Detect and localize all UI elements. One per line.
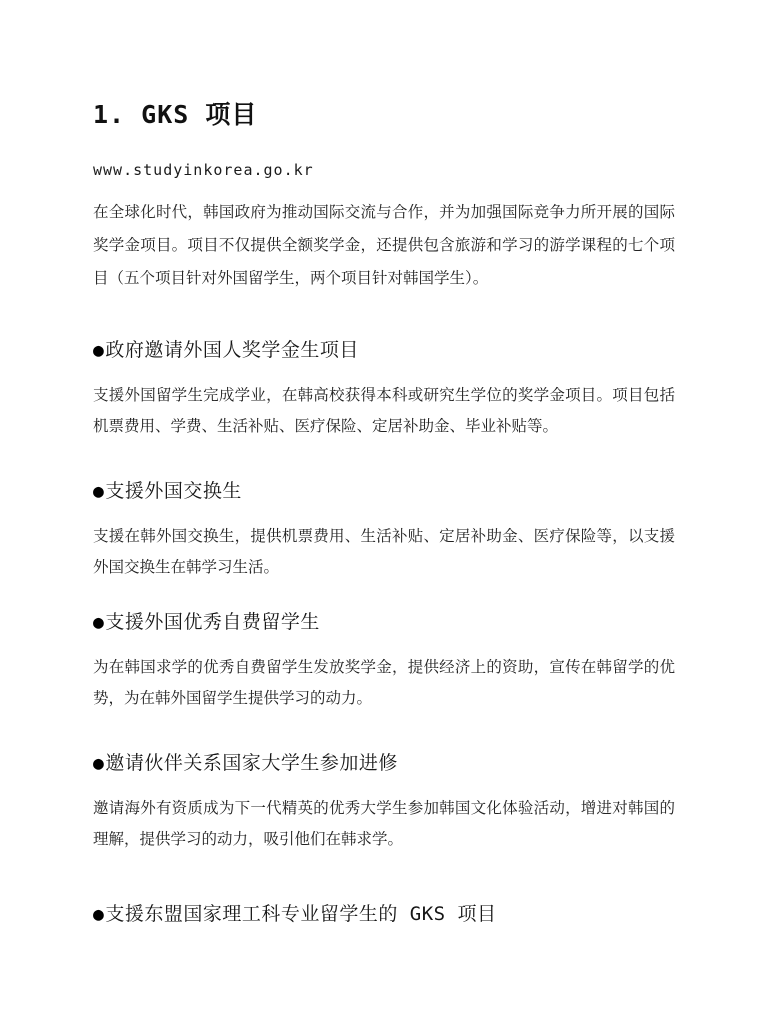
section-heading: ●支援外国优秀自费留学生 [93, 609, 675, 636]
section-heading-label: 支援外国优秀自费留学生 [105, 611, 320, 633]
section-asean-gks: ●支援东盟国家理工科专业留学生的 GKS 项目 [93, 901, 675, 928]
section-heading-label: 政府邀请外国人奖学金生项目 [105, 339, 359, 361]
section-government-invitation: ●政府邀请外国人奖学金生项目 支援外国留学生完成学业，在韩高校获得本科或研究生学… [93, 337, 675, 442]
section-heading: ●支援外国交换生 [93, 478, 675, 505]
bullet-icon: ● [93, 751, 104, 777]
section-heading-label: 邀请伙伴关系国家大学生参加进修 [105, 752, 398, 774]
bullet-icon: ● [93, 338, 104, 364]
intro-paragraph: 在全球化时代，韩国政府为推动国际交流与合作，并为加强国际竞争力所开展的国际奖学金… [93, 196, 675, 295]
bullet-icon: ● [93, 902, 104, 928]
section-heading-label: 支援外国交换生 [105, 480, 242, 502]
bullet-icon: ● [93, 610, 104, 636]
section-heading: ●邀请伙伴关系国家大学生参加进修 [93, 750, 675, 777]
document-url-text: www.studyinkorea.go.kr [93, 160, 675, 180]
section-body: 支援在韩外国交换生，提供机票费用、生活补贴、定居补助金、医疗保险等，以支援外国交… [93, 521, 675, 583]
section-body: 支援外国留学生完成学业，在韩高校获得本科或研究生学位的奖学金项目。项目包括机票费… [93, 380, 675, 442]
section-body: 为在韩国求学的优秀自费留学生发放奖学金，提供经济上的资助，宣传在韩留学的优势，为… [93, 652, 675, 714]
bullet-icon: ● [93, 479, 104, 505]
section-self-funded-students: ●支援外国优秀自费留学生 为在韩国求学的优秀自费留学生发放奖学金，提供经济上的资… [93, 609, 675, 714]
page-title: 1. GKS 项目 [93, 0, 675, 130]
section-heading: ●政府邀请外国人奖学金生项目 [93, 337, 675, 364]
section-body: 邀请海外有资质成为下一代精英的优秀大学生参加韩国文化体验活动，增进对韩国的理解，… [93, 793, 675, 855]
section-heading-label: 支援东盟国家理工科专业留学生的 GKS 项目 [105, 903, 496, 925]
section-heading: ●支援东盟国家理工科专业留学生的 GKS 项目 [93, 901, 675, 928]
section-partner-country-students: ●邀请伙伴关系国家大学生参加进修 邀请海外有资质成为下一代精英的优秀大学生参加韩… [93, 750, 675, 855]
section-exchange-students: ●支援外国交换生 支援在韩外国交换生，提供机票费用、生活补贴、定居补助金、医疗保… [93, 478, 675, 583]
document-page: 1. GKS 项目 www.studyinkorea.go.kr 在全球化时代，… [0, 0, 768, 1024]
